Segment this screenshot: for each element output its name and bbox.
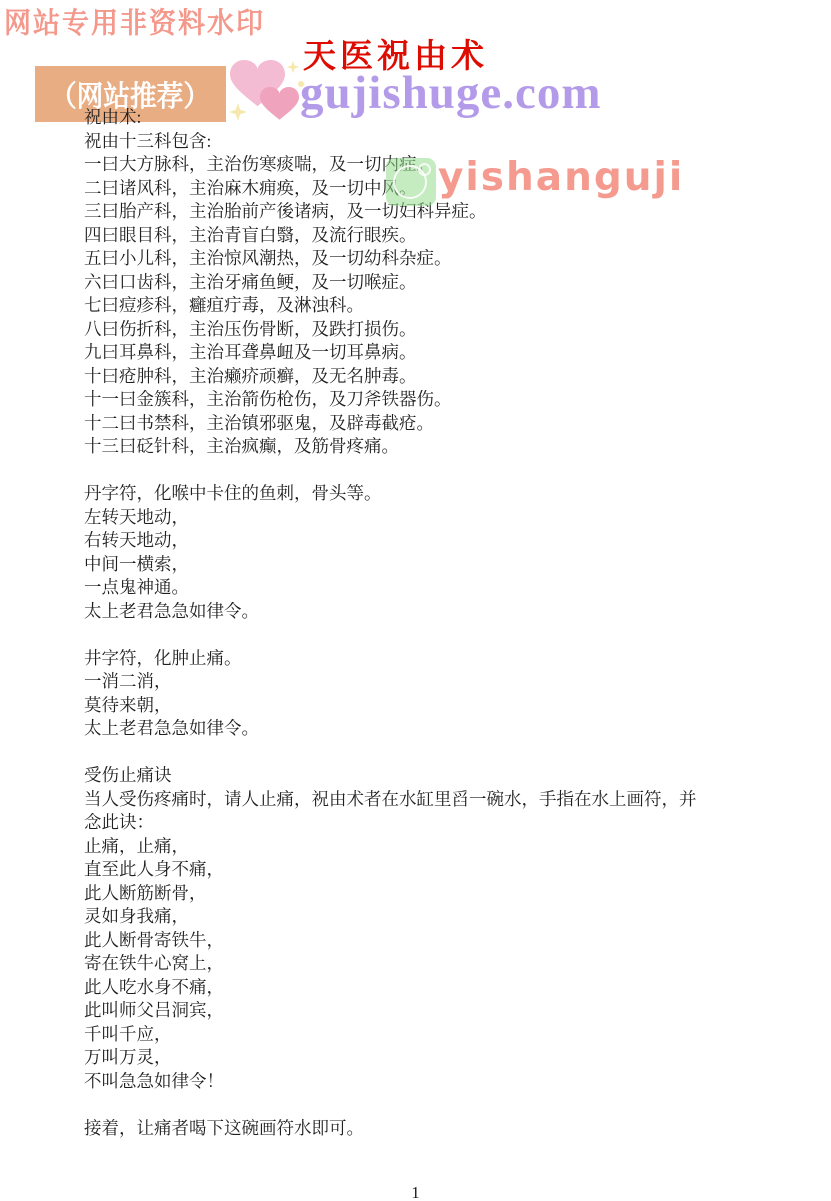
- text-line: 三曰胎产科，主治胎前产後诸病，及一切妇科异症。: [84, 200, 804, 224]
- text-line: 一消二消，: [84, 670, 804, 694]
- text-line: 灵如身我痛，: [84, 905, 804, 929]
- text-line: 太上老君急急如律令。: [84, 600, 804, 624]
- text-line: 直至此人身不痛，: [84, 858, 804, 882]
- side-brand-watermark: yishanguji: [438, 155, 684, 200]
- text-line: 念此诀：: [84, 811, 804, 835]
- text-line: 万叫万灵，: [84, 1046, 804, 1070]
- text-line: 祝由十三科包含:: [84, 130, 804, 154]
- text-line: [84, 459, 804, 483]
- text-line: 当人受伤疼痛时，请人止痛，祝由术者在水缸里舀一碗水，手指在水上画符，并: [84, 788, 804, 812]
- text-line: [84, 623, 804, 647]
- text-line: 太上老君急急如律令。: [84, 717, 804, 741]
- text-line: 千叫千应，: [84, 1023, 804, 1047]
- text-line: 莫待来朝，: [84, 694, 804, 718]
- text-line: 丹字符，化喉中卡住的鱼刺，骨头等。: [84, 482, 804, 506]
- text-line: 此人断骨寄铁牛，: [84, 929, 804, 953]
- text-line: 井字符，化肿止痛。: [84, 647, 804, 671]
- text-line: 四曰眼目科，主治青盲白翳，及流行眼疾。: [84, 224, 804, 248]
- text-line: 一点鬼神通。: [84, 576, 804, 600]
- text-line: 右转天地动，: [84, 529, 804, 553]
- text-line: 六曰口齿科，主治牙痛鱼鲠，及一切喉症。: [84, 271, 804, 295]
- text-line: 九曰耳鼻科，主治耳聋鼻衄及一切耳鼻病。: [84, 341, 804, 365]
- text-line: [84, 741, 804, 765]
- text-line: 中间一横索，: [84, 553, 804, 577]
- document-page: 网站专用非资料水印 天医祝由术 gujishuge.com （网站推荐） 祝由术…: [0, 0, 831, 1201]
- text-line: 祝由术:: [84, 106, 804, 130]
- text-line: 此人断筋断骨，: [84, 882, 804, 906]
- text-line: 止痛，止痛，: [84, 835, 804, 859]
- text-line: 此人吃水身不痛，: [84, 976, 804, 1000]
- text-line: 五曰小儿科，主治惊风潮热，及一切幼科杂症。: [84, 247, 804, 271]
- text-line: 左转天地动，: [84, 506, 804, 530]
- text-line: [84, 1093, 804, 1117]
- text-line: 十三曰砭针科，主治疯癫，及筋骨疼痛。: [84, 435, 804, 459]
- text-line: 不叫急急如律令！: [84, 1070, 804, 1094]
- text-line: 八曰伤折科，主治压伤骨断，及跌打损伤。: [84, 318, 804, 342]
- top-watermark-text: 网站专用非资料水印: [4, 0, 265, 41]
- page-number: 1: [0, 1183, 831, 1201]
- text-line: 接着，让痛者喝下这碗画符水即可。: [84, 1117, 804, 1141]
- text-line: 受伤止痛诀: [84, 764, 804, 788]
- text-line: 此叫师父吕洞宾，: [84, 999, 804, 1023]
- text-line: 十曰疮肿科，主治癞疥顽癣，及无名肿毒。: [84, 365, 804, 389]
- yishanguji-icon: [386, 158, 436, 206]
- text-line: 十一曰金簇科，主治箭伤枪伤，及刀斧铁器伤。: [84, 388, 804, 412]
- text-line: 七曰痘疹科，癰疽疔毒，及淋浊科。: [84, 294, 804, 318]
- text-line: 寄在铁牛心窝上，: [84, 952, 804, 976]
- icon-dot: [418, 163, 431, 176]
- text-line: 十二曰书禁科，主治镇邪驱鬼，及辟毒截疮。: [84, 412, 804, 436]
- document-body: 祝由术:祝由十三科包含:一曰大方脉科，主治伤寒痰喘，及一切内症。二曰诸风科，主治…: [84, 106, 804, 1140]
